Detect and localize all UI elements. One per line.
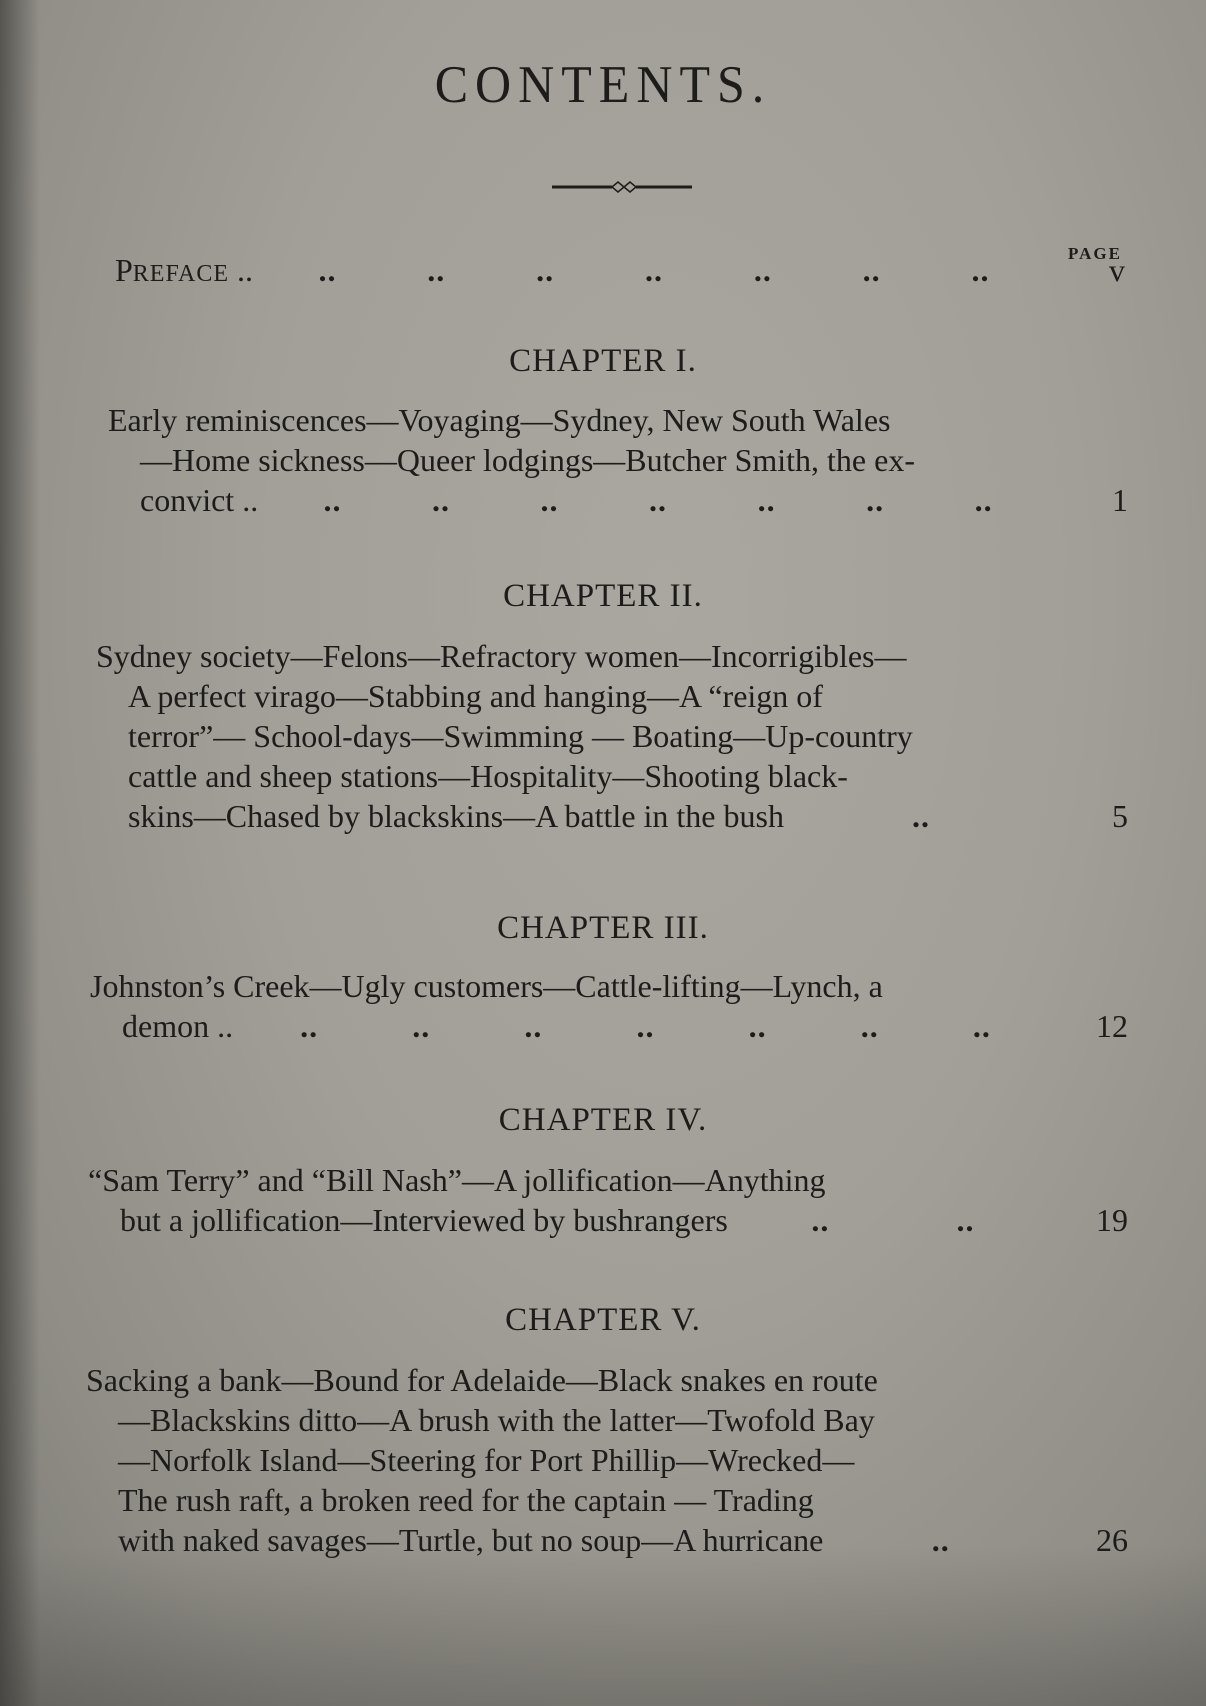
page-title: CONTENTS. bbox=[0, 54, 1206, 115]
page-number: 12 bbox=[1058, 1006, 1128, 1046]
entry-line: convict .. bbox=[140, 480, 258, 520]
entry-line: with naked savages—Turtle, but no soup—A… bbox=[118, 1520, 823, 1560]
chapter-heading: CHAPTER III. bbox=[0, 910, 1206, 947]
entry-line: Sydney society—Felons—Refractory women—I… bbox=[96, 636, 1128, 676]
preface-label: PREFACE .. bbox=[115, 250, 253, 294]
entry-line: —Norfolk Island—Steering for Port Philli… bbox=[86, 1440, 1128, 1480]
page-bottom-shadow bbox=[0, 1546, 1206, 1706]
entry-line: The rush raft, a broken reed for the cap… bbox=[86, 1480, 1128, 1520]
page-number: 1 bbox=[1058, 480, 1128, 520]
page-number: v bbox=[1055, 250, 1125, 290]
dot-leader: .............. bbox=[258, 480, 1058, 520]
toc-entry-preface[interactable]: PREFACE .. .............. v bbox=[115, 250, 1125, 294]
toc-entry-chapter-4[interactable]: “Sam Terry” and “Bill Nash”—A jollificat… bbox=[88, 1160, 1128, 1240]
chapter-heading: CHAPTER V. bbox=[0, 1302, 1206, 1339]
entry-line: but a jollification—Interviewed by bushr… bbox=[120, 1200, 728, 1240]
entry-line: skins—Chased by blackskins—A battle in t… bbox=[128, 796, 784, 836]
chapter-heading: CHAPTER I. bbox=[0, 343, 1206, 380]
entry-line: Early reminiscences—Voyaging—Sydney, New… bbox=[108, 400, 1128, 440]
toc-entry-chapter-5[interactable]: Sacking a bank—Bound for Adelaide—Black … bbox=[86, 1360, 1128, 1560]
ornament-divider-icon bbox=[552, 180, 692, 194]
chapter-heading: CHAPTER IV. bbox=[0, 1102, 1206, 1139]
dot-leader: .............. bbox=[233, 1006, 1058, 1046]
chapter-heading: CHAPTER II. bbox=[0, 578, 1206, 615]
entry-line: Sacking a bank—Bound for Adelaide—Black … bbox=[86, 1360, 1128, 1400]
entry-line: A perfect virago—Stabbing and hanging—A … bbox=[96, 676, 1128, 716]
entry-line: —Blackskins ditto—A brush with the latte… bbox=[86, 1400, 1128, 1440]
toc-entry-chapter-1[interactable]: Early reminiscences—Voyaging—Sydney, New… bbox=[108, 400, 1128, 520]
toc-entry-chapter-2[interactable]: Sydney society—Felons—Refractory women—I… bbox=[96, 636, 1128, 836]
page-number: 26 bbox=[1058, 1520, 1128, 1560]
entry-line: —Home sickness—Queer lodgings—Butcher Sm… bbox=[108, 440, 1128, 480]
entry-line: cattle and sheep stations—Hospitality—Sh… bbox=[96, 756, 1128, 796]
entry-line: demon .. bbox=[122, 1006, 233, 1046]
entry-line: “Sam Terry” and “Bill Nash”—A jollificat… bbox=[88, 1160, 1128, 1200]
page-number: 5 bbox=[1058, 796, 1128, 836]
dot-leader: .. bbox=[784, 796, 1058, 836]
entry-line: Johnston’s Creek—Ugly customers—Cattle-l… bbox=[90, 966, 1128, 1006]
dot-leader: .............. bbox=[253, 250, 1055, 290]
toc-entry-chapter-3[interactable]: Johnston’s Creek—Ugly customers—Cattle-l… bbox=[90, 966, 1128, 1046]
page-number: 19 bbox=[1058, 1200, 1128, 1240]
page-gutter-shadow bbox=[0, 0, 40, 1706]
dot-leader: .... bbox=[728, 1200, 1058, 1240]
dot-leader: .. bbox=[823, 1520, 1058, 1560]
entry-line: terror”— School-days—Swimming — Boating—… bbox=[96, 716, 1128, 756]
